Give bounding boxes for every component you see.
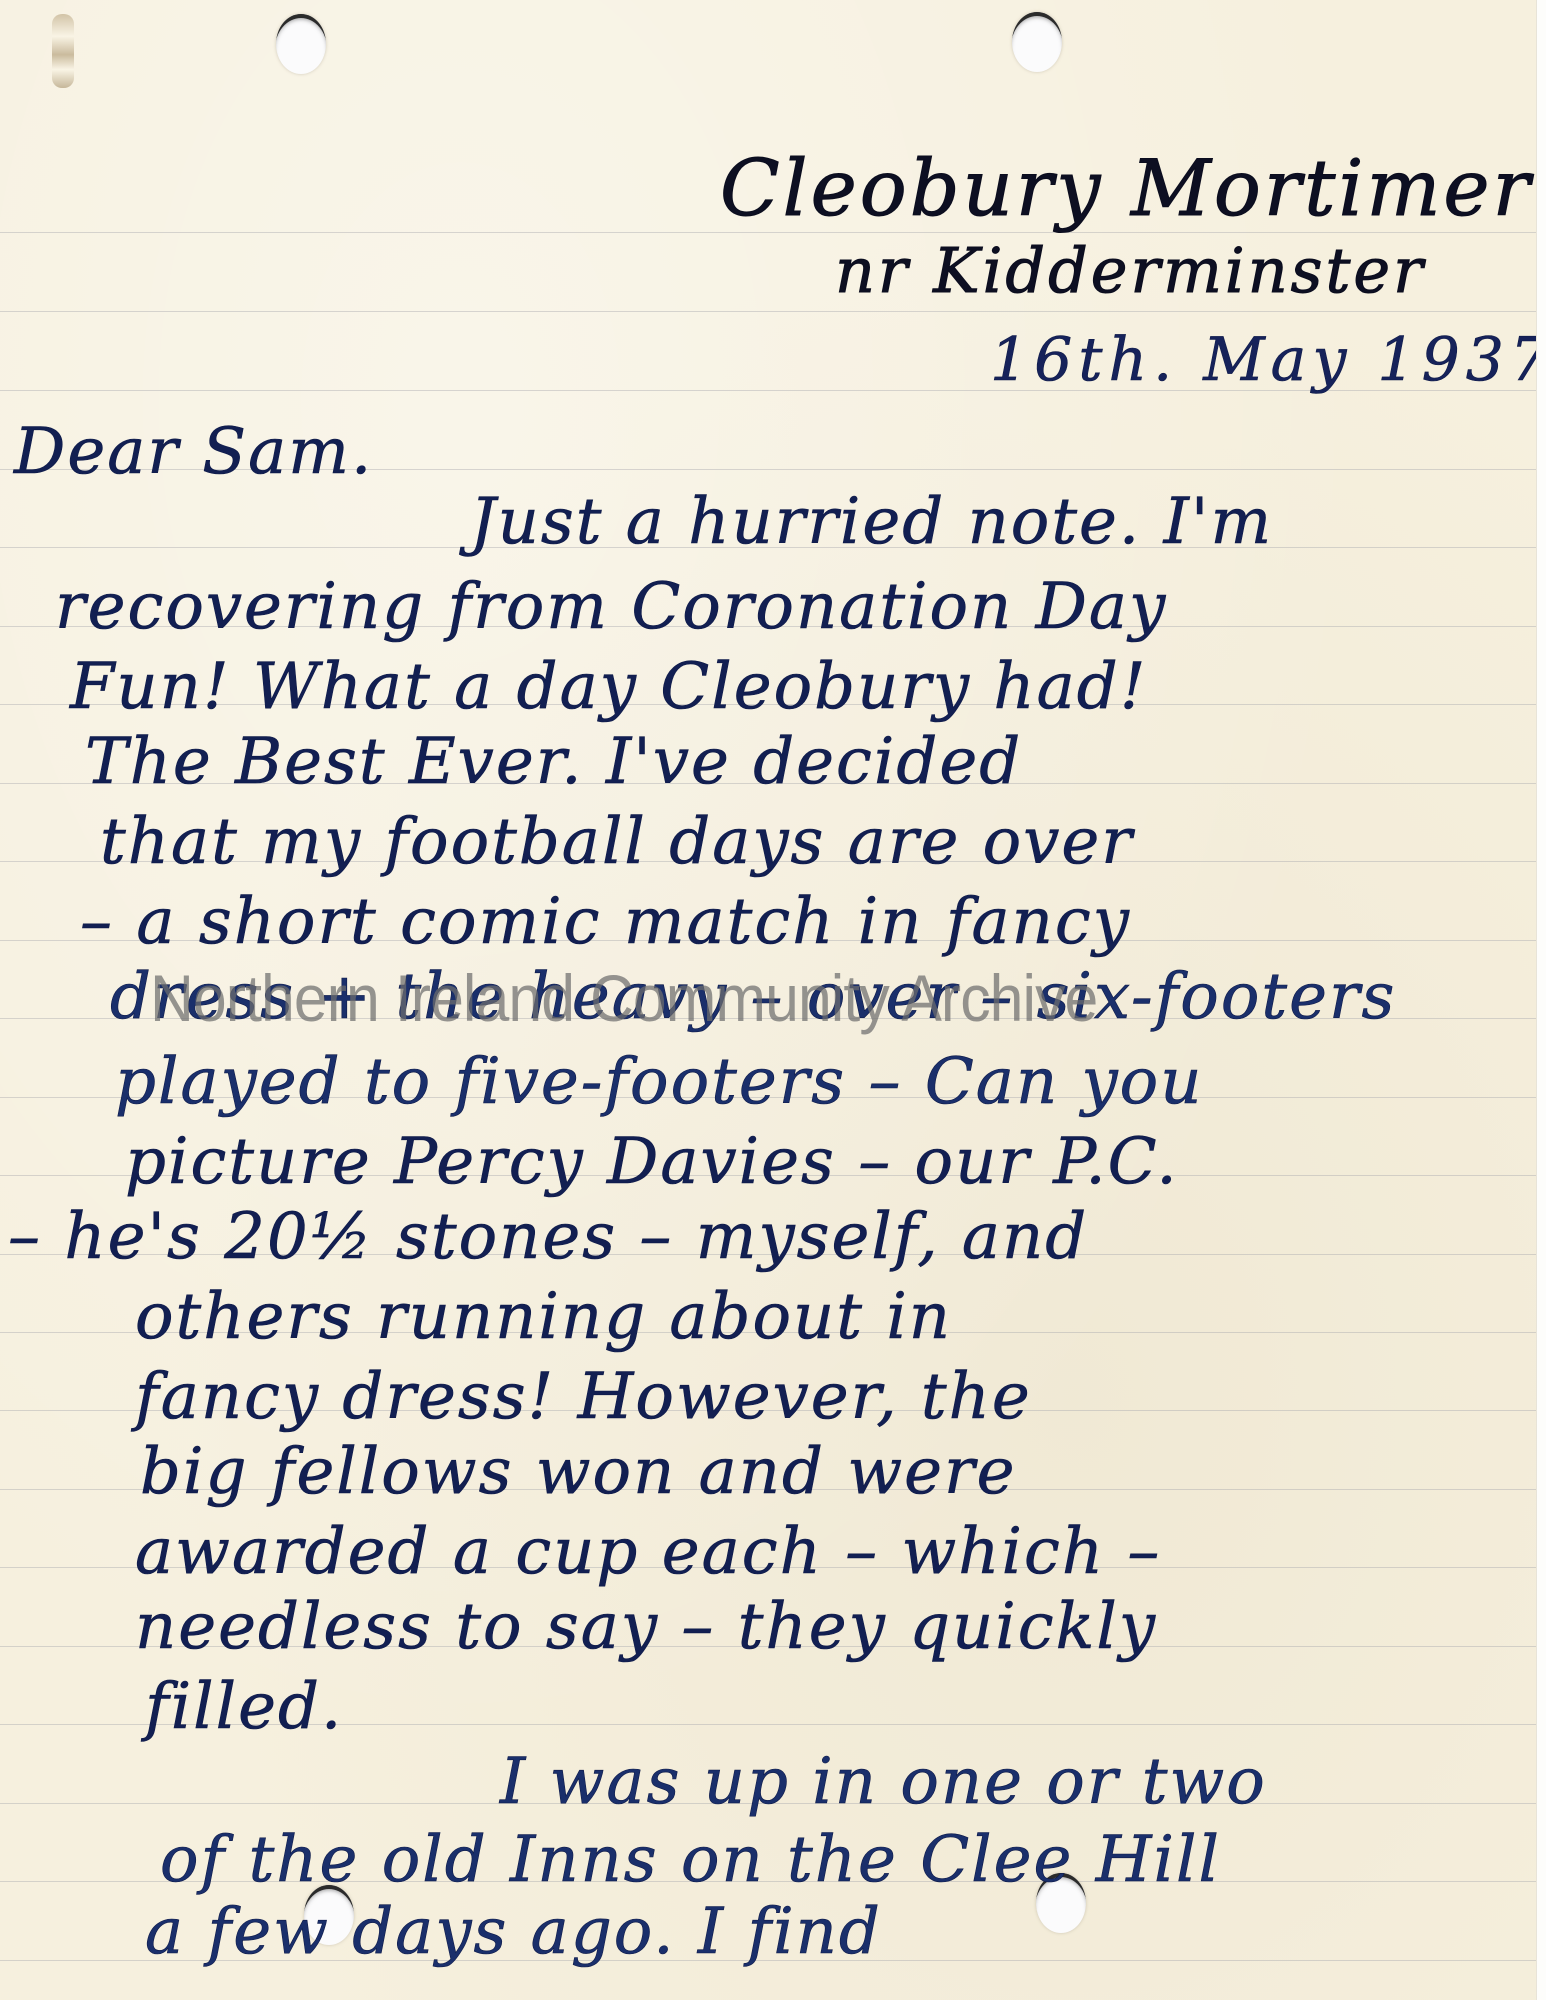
- body-line: Fun! What a day Cleobury had!: [70, 655, 1147, 719]
- body-line: filled.: [145, 1675, 343, 1739]
- address-line-2: nr Kidderminster: [835, 240, 1426, 302]
- body-line: played to five-footers – Can you: [115, 1050, 1203, 1114]
- body-line: big fellows won and were: [140, 1440, 1016, 1504]
- body-line: The Best Ever. I've decided: [85, 730, 1022, 794]
- address-line-1: Cleobury Mortimer: [720, 150, 1533, 228]
- punch-hole-top-right: [1012, 12, 1062, 72]
- body-line: others running about in: [135, 1285, 952, 1349]
- body-line: needless to say – they quickly: [135, 1595, 1157, 1659]
- body-line: I was up in one or two: [500, 1750, 1267, 1814]
- staple-mark: [52, 14, 74, 88]
- body-line: awarded a cup each – which –: [135, 1520, 1161, 1584]
- body-line: of the old Inns on the Clee Hill: [160, 1828, 1221, 1892]
- body-line: fancy dress! However, the: [135, 1365, 1032, 1429]
- body-line: – he's 20½ stones – myself, and: [8, 1205, 1088, 1269]
- body-line: – a short comic match in fancy: [80, 890, 1131, 954]
- body-line: recovering from Coronation Day: [55, 575, 1167, 639]
- ruled-line: [0, 311, 1536, 312]
- salutation: Dear Sam.: [14, 420, 373, 484]
- punch-hole-top-left: [276, 14, 326, 74]
- letter-page: Cleobury Mortimer nr Kidderminster 16th.…: [0, 0, 1536, 2000]
- body-line: Just a hurried note. I'm: [470, 490, 1273, 554]
- letter-date: 16th. May 1937: [990, 330, 1536, 390]
- body-line: dress + the heavy – over – six-footers: [110, 965, 1396, 1029]
- body-line: a few days ago. I find: [145, 1900, 882, 1964]
- scan-edge: [1536, 0, 1546, 2000]
- body-line: picture Percy Davies – our P.C.: [125, 1130, 1179, 1194]
- body-line: that my football days are over: [100, 810, 1134, 874]
